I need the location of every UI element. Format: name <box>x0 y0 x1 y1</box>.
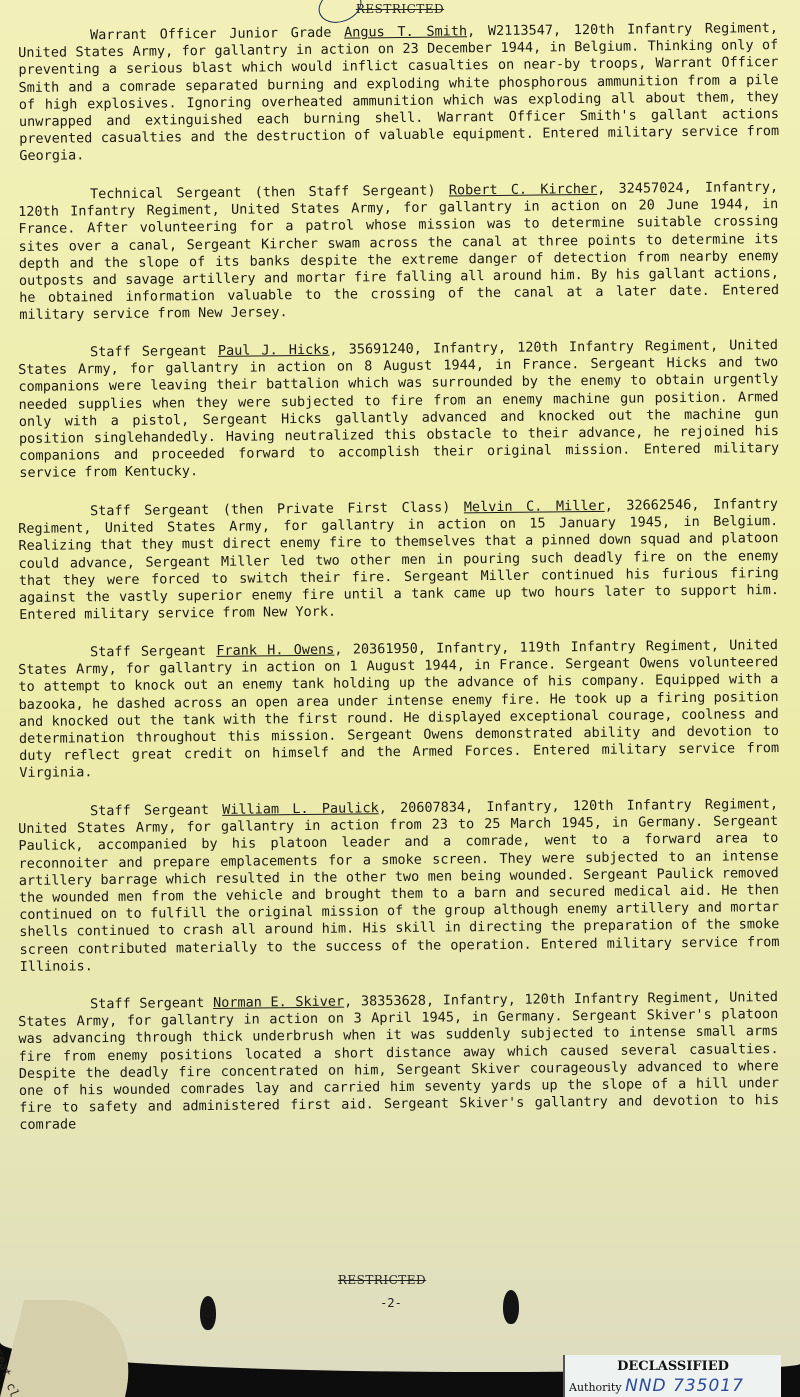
classification-header-text: RESTRICTED <box>356 2 444 16</box>
citation-paragraph: Staff Sergeant Paul J. Hicks, 35691240, … <box>18 337 779 483</box>
citation-paragraph: Staff Sergeant Norman E. Skiver, 3835362… <box>18 989 779 1135</box>
declassified-stamp: DECLASSIFIED Authority NND 735017 <box>563 1355 781 1397</box>
declassified-title: DECLASSIFIED <box>565 1359 781 1374</box>
citation-rank: Staff Sergeant <box>90 643 206 660</box>
classification-header: RESTRICTED <box>0 2 800 16</box>
authority-value: NND 735017 <box>625 1376 744 1396</box>
classification-footer: RESTRICTED <box>0 1273 782 1287</box>
punch-hole <box>200 1296 216 1330</box>
page-number: -2- <box>0 1296 782 1310</box>
citation-rank: Technical Sergeant (then Staff Sergeant) <box>90 182 436 202</box>
citation-paragraph: Technical Sergeant (then Staff Sergeant)… <box>18 179 779 325</box>
citation-name: Frank H. Owens <box>216 642 334 659</box>
citation-paragraph: Warrant Officer Junior Grade Angus T. Sm… <box>18 20 779 166</box>
citation-paragraph: Staff Sergeant (then Private First Class… <box>18 496 779 624</box>
authority-label: Authority <box>569 1381 622 1394</box>
citation-name: William L. Paulick <box>222 800 379 818</box>
citation-name: Angus T. Smith <box>344 23 467 40</box>
citation-paragraph: Staff Sergeant William L. Paulick, 20607… <box>18 796 780 976</box>
citation-rank: Staff Sergeant (then Private First Class… <box>90 499 450 519</box>
citation-text: , 20607834, Infantry, 120th Infantry Reg… <box>18 796 779 975</box>
citations-body: Warrant Officer Junior Grade Angus T. Sm… <box>18 28 778 1156</box>
citation-rank: Staff Sergeant <box>90 343 207 360</box>
citation-paragraph: Staff Sergeant Frank H. Owens, 20361950,… <box>18 637 779 783</box>
citation-name: Robert C. Kircher <box>449 181 598 199</box>
punch-hole <box>503 1290 519 1324</box>
citation-rank: Staff Sergeant <box>90 995 204 1012</box>
citation-name: Melvin C. Miller <box>464 498 605 515</box>
citation-rank: Staff Sergeant <box>90 802 209 819</box>
citation-name: Norman E. Skiver <box>213 994 344 1011</box>
citation-name: Paul J. Hicks <box>218 342 330 359</box>
declassified-authority: Authority NND 735017 <box>569 1376 781 1396</box>
citation-rank: Warrant Officer Junior Grade <box>90 25 331 44</box>
classification-footer-text: RESTRICTED <box>338 1273 426 1287</box>
